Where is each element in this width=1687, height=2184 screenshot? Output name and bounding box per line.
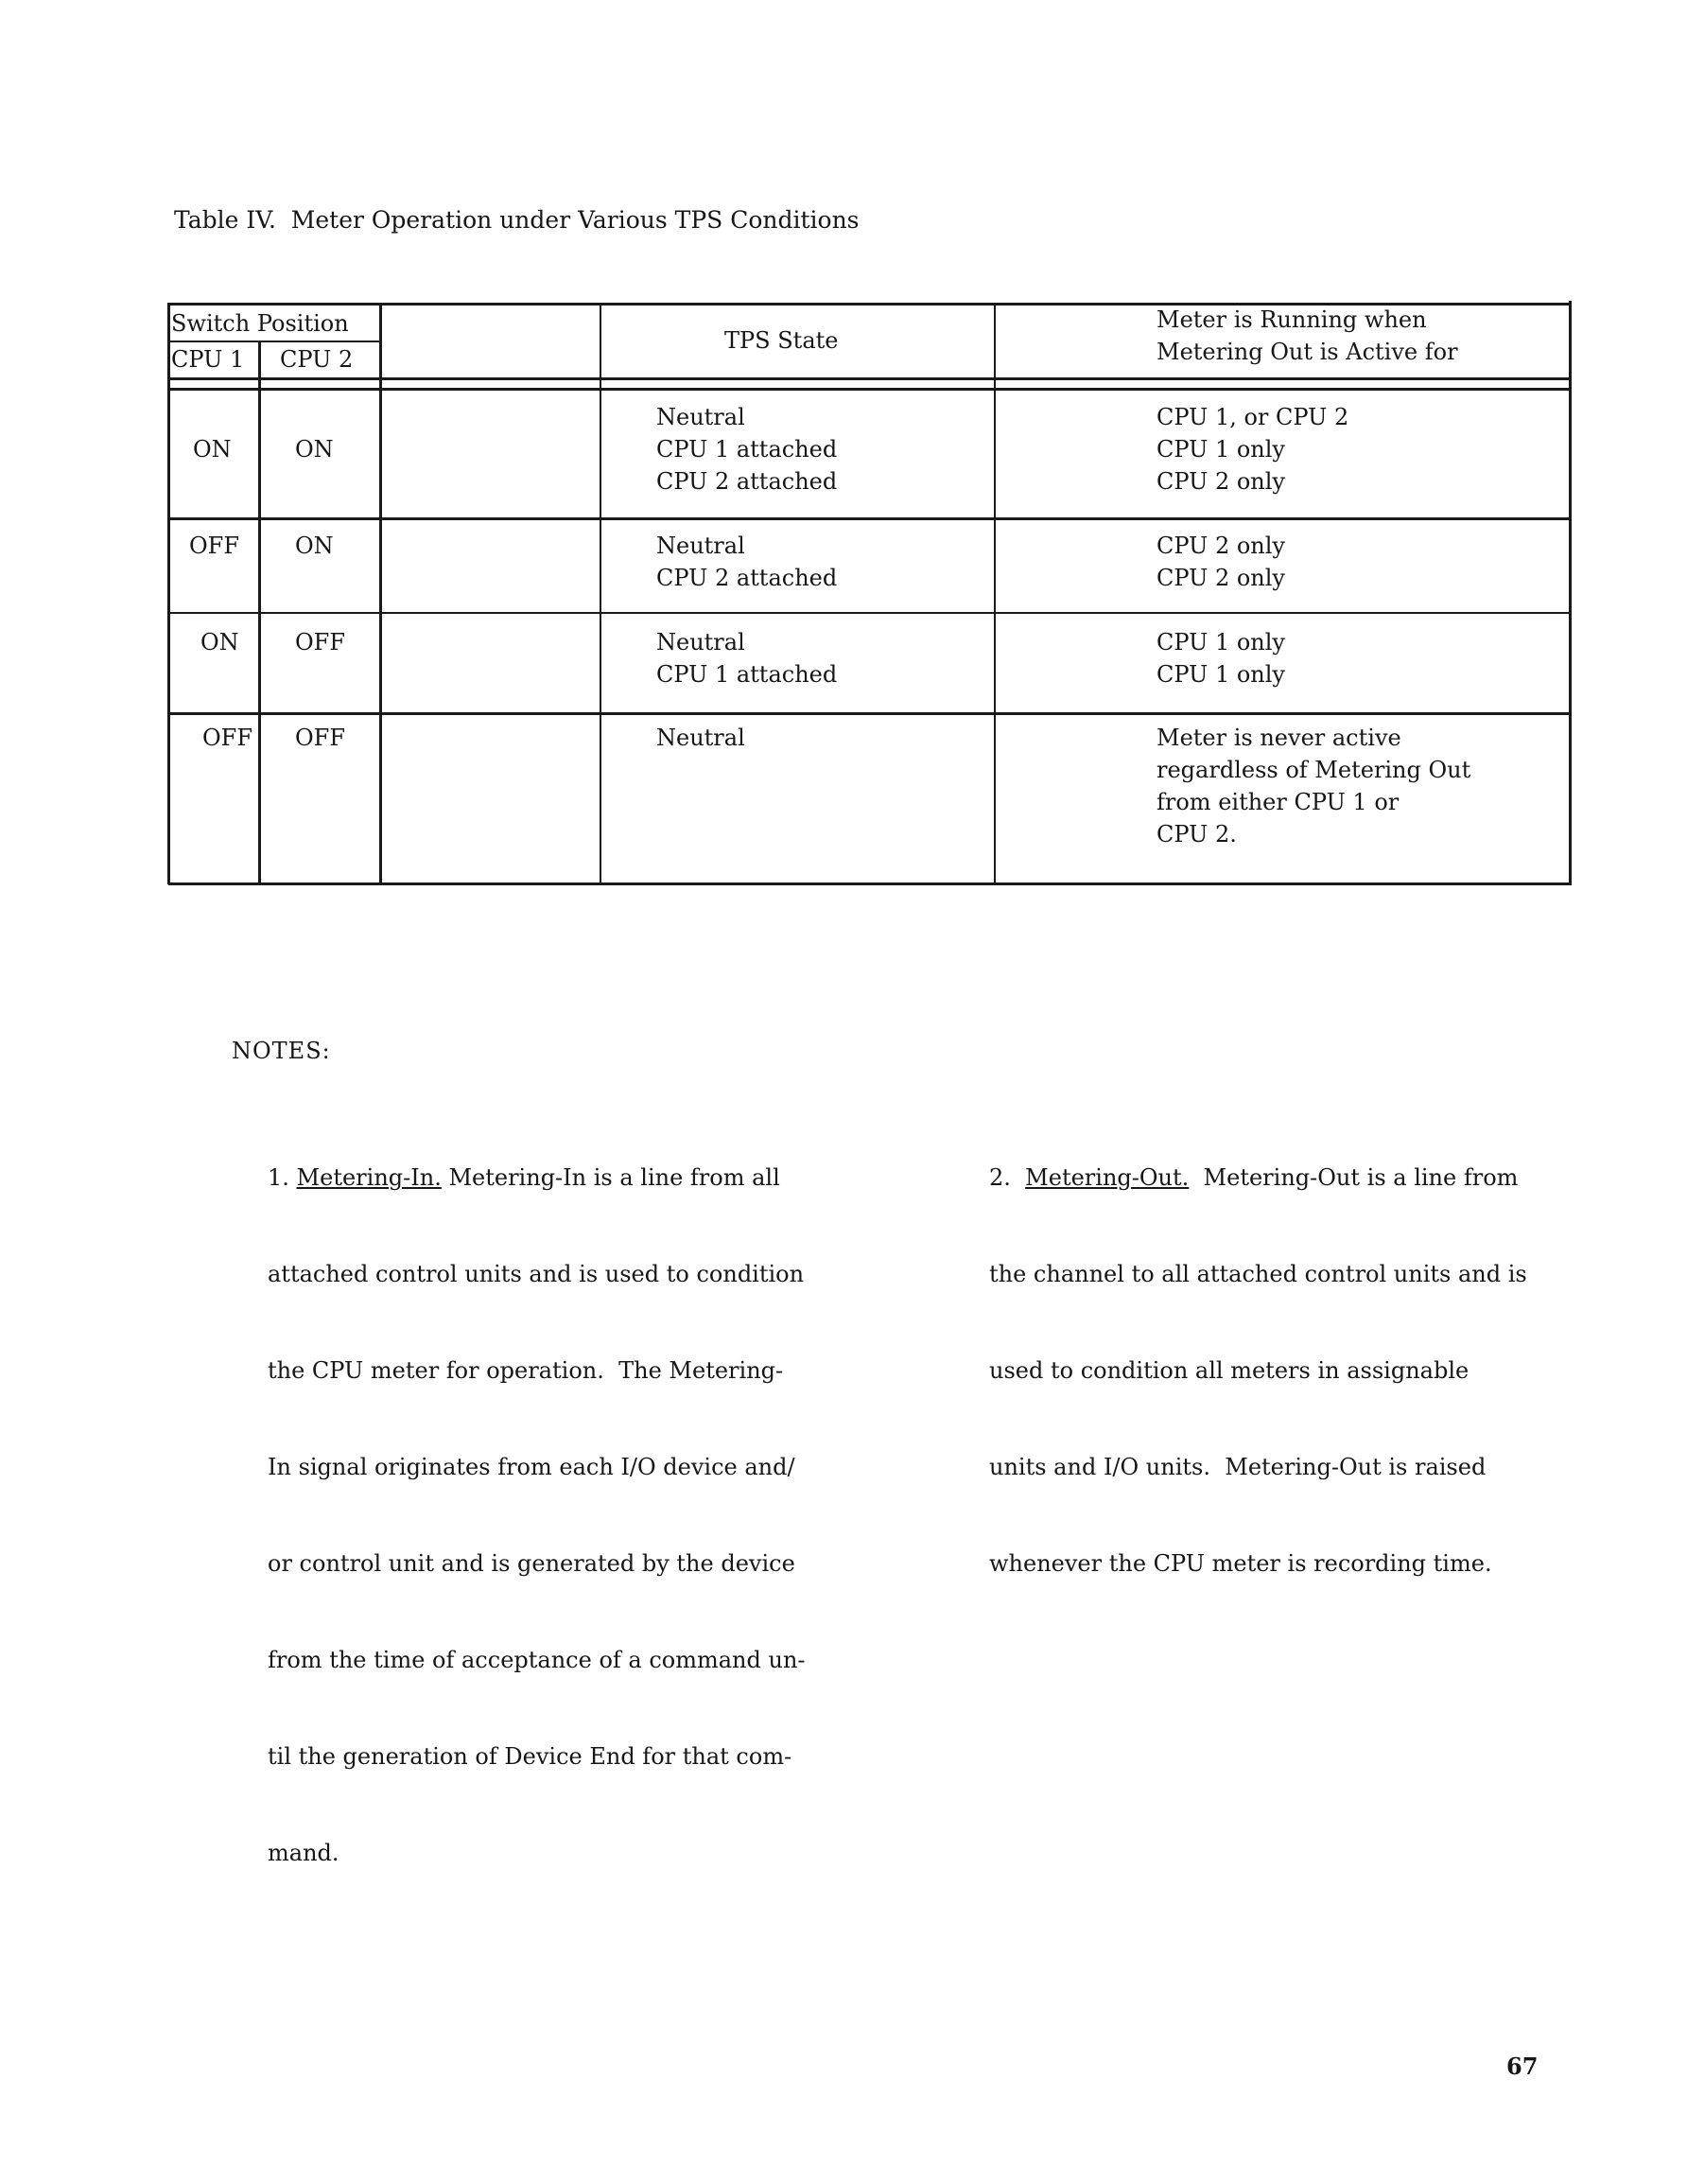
- page-number: 67: [1506, 2053, 1538, 2080]
- note-2-line-1: 2. Metering-Out. Metering-Out is a line …: [989, 1162, 1527, 1194]
- row3-tps-state-2: CPU 1 attached: [656, 658, 837, 690]
- row1-cpu2: ON: [295, 433, 334, 465]
- header-meter-running-line1: Meter is Running when: [1157, 305, 1427, 335]
- note-2-line-5: whenever the CPU meter is recording time…: [989, 1547, 1527, 1580]
- header-meter-running-line2: Metering Out is Active for: [1157, 337, 1458, 367]
- cpu1-cpu2-divider: [258, 341, 261, 884]
- note-2-line-3: used to condition all meters in assignab…: [989, 1354, 1527, 1387]
- row3-cpu1: ON: [200, 626, 239, 658]
- table-right-border: [1569, 301, 1572, 884]
- row4-meter-2: regardless of Metering Out: [1157, 754, 1470, 786]
- note-1-text-1: Metering-In is a line from all: [442, 1164, 780, 1191]
- note-1-line-1: 1. Metering-In. Metering-In is a line fr…: [268, 1162, 806, 1194]
- row4-meter-3: from either CPU 1 or: [1157, 786, 1399, 818]
- table-title: Table IV. Meter Operation under Various …: [174, 206, 860, 234]
- row3-meter-2: CPU 1 only: [1157, 658, 1285, 690]
- table-left-border: [167, 303, 170, 884]
- row2-cpu1: OFF: [189, 530, 239, 562]
- row4-cpu1: OFF: [202, 722, 252, 754]
- row1-tps-state-1: Neutral: [656, 401, 745, 433]
- row1-cpu1: ON: [193, 433, 232, 465]
- switch-position-underline: [168, 341, 380, 342]
- row1-tps-state-3: CPU 2 attached: [656, 465, 837, 498]
- row3-tps-state-1: Neutral: [656, 626, 745, 658]
- row3-cpu2: OFF: [295, 626, 345, 658]
- note-1-line-8: mand.: [268, 1837, 806, 1869]
- note-1-number: 1.: [268, 1164, 289, 1191]
- note-2-number: 2.: [989, 1164, 1011, 1191]
- row4-meter-1: Meter is never active: [1157, 722, 1401, 754]
- notes-heading: NOTES:: [232, 1038, 331, 1064]
- row2-tps-state-1: Neutral: [656, 530, 745, 562]
- note-1-line-7: til the generation of Device End for tha…: [268, 1740, 806, 1773]
- tps-meter-divider: [994, 303, 996, 884]
- cpu2-blank-divider: [379, 303, 382, 884]
- note-2-line-4: units and I/O units. Metering-Out is rai…: [989, 1451, 1527, 1483]
- note-2-text-1: Metering-Out is a line from: [1189, 1164, 1518, 1191]
- row4-cpu2: OFF: [295, 722, 345, 754]
- note-1: 1. Metering-In. Metering-In is a line fr…: [268, 1097, 806, 1901]
- row2-cpu2: ON: [295, 530, 334, 562]
- note-1-line-6: from the time of acceptance of a command…: [268, 1644, 806, 1676]
- header-tps-state: TPS State: [724, 325, 838, 356]
- note-1-line-3: the CPU meter for operation. The Meterin…: [268, 1354, 806, 1387]
- row2-tps-state-2: CPU 2 attached: [656, 562, 837, 594]
- row1-meter-2: CPU 1 only: [1157, 433, 1285, 465]
- row2-meter-1: CPU 2 only: [1157, 530, 1285, 562]
- header-switch-position: Switch Position: [171, 308, 349, 339]
- row1-meter-1: CPU 1, or CPU 2: [1157, 401, 1348, 433]
- note-2-line-2: the channel to all attached control unit…: [989, 1258, 1527, 1290]
- note-1-line-5: or control unit and is generated by the …: [268, 1547, 806, 1580]
- row1-tps-state-2: CPU 1 attached: [656, 433, 837, 465]
- note-1-line-4: In signal originates from each I/O devic…: [268, 1451, 806, 1483]
- row4-meter-4: CPU 2.: [1157, 818, 1237, 850]
- row3-meter-1: CPU 1 only: [1157, 626, 1285, 658]
- row2-meter-2: CPU 2 only: [1157, 562, 1285, 594]
- header-cpu2: CPU 2: [280, 344, 353, 375]
- note-2: 2. Metering-Out. Metering-Out is a line …: [989, 1097, 1527, 1612]
- row1-meter-3: CPU 2 only: [1157, 465, 1285, 498]
- note-2-term: Metering-Out.: [1025, 1164, 1189, 1191]
- row4-tps-state-1: Neutral: [656, 722, 745, 754]
- note-1-line-2: attached control units and is used to co…: [268, 1258, 806, 1290]
- header-cpu1: CPU 1: [171, 344, 244, 375]
- blank-tps-divider: [600, 303, 601, 884]
- note-1-term: Metering-In.: [297, 1164, 442, 1191]
